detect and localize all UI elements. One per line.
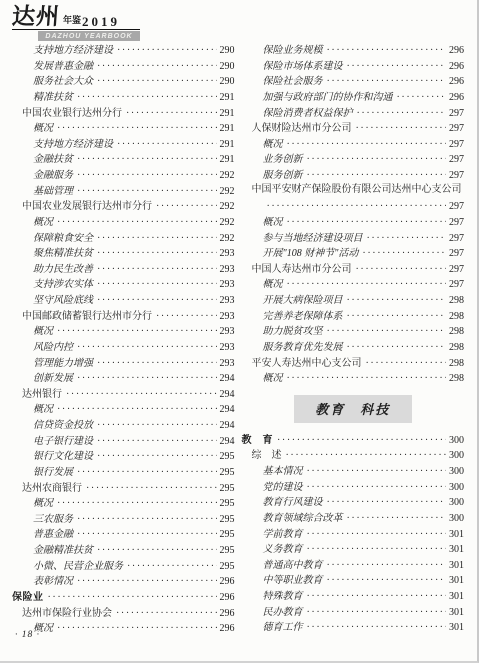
toc-entry: 达州银行294	[12, 385, 235, 401]
toc-entry: 发展普惠金融290	[12, 57, 235, 73]
toc-entry: 聚焦精准扶贫293	[12, 244, 235, 260]
toc-entry: 概况293	[12, 322, 235, 338]
toc-entry-label: 德育工作	[263, 620, 303, 636]
toc-entry: 党的建设300	[242, 478, 465, 494]
toc-entry: 银行文化建设295	[12, 447, 235, 463]
toc-entry-page: 301	[449, 573, 464, 589]
toc-entry-page: 291	[220, 152, 235, 168]
toc-column-left: 支持地方经济建设290发展普惠金融290服务社会大众290精准扶贫291中国农业…	[12, 41, 235, 635]
toc-entry-page: 295	[220, 465, 235, 481]
toc-entry-page: 296	[220, 606, 235, 622]
toc-entry: 精准扶贫291	[12, 88, 235, 104]
toc-entry-label: 学前教育	[263, 527, 303, 543]
toc-entry-page: 294	[220, 402, 235, 418]
toc-entry-label: 概况	[263, 137, 283, 153]
toc-entry-label: 业务创新	[263, 152, 303, 168]
toc-entry-page: 297	[449, 262, 464, 278]
toc-entry-page: 296	[449, 43, 464, 59]
toc-entry-label: 金融精准扶贫	[33, 543, 93, 559]
section-divider-label: 教育 科技	[315, 402, 390, 417]
toc-entry-label: 电子银行建设	[33, 434, 93, 450]
toc-entry: 信贷资金投放294	[12, 416, 235, 432]
toc-entry-page: 292	[220, 184, 235, 200]
toc-entry: 加强与政府部门的协作和沟通296	[242, 88, 465, 104]
toc-entry-label: 概况	[263, 371, 283, 387]
toc-entry: 支持地方经济建设291	[12, 135, 235, 151]
toc-entry: 风险内控293	[12, 338, 235, 354]
toc-entry-page: 295	[220, 527, 235, 543]
toc-entry-page: 290	[220, 43, 235, 59]
toc-entry-label: 概况	[263, 215, 283, 231]
yearbook-toc-page: 达州 年鉴 2019 DAZHOU YEARBOOK 支持地方经济建设290发展…	[0, 0, 479, 663]
page-number-footer: · 18 ·	[15, 630, 40, 640]
toc-entry: 助力脱贫攻坚298	[242, 322, 465, 338]
toc-entry-label: 三农服务	[33, 512, 73, 528]
logo-english-band: DAZHOU YEARBOOK	[38, 31, 140, 41]
toc-entry: 保险业296	[12, 588, 235, 604]
toc-entry: 支持地方经济建设290	[12, 41, 235, 57]
toc-entry-page: 295	[220, 449, 235, 465]
toc-entry: 德育工作301	[242, 618, 465, 634]
toc-entry: 参与当地经济建设项目297	[242, 229, 465, 245]
toc-entry-page: 298	[449, 309, 464, 325]
toc-entry-label: 保险消费者权益保护	[263, 106, 353, 122]
toc-entry-page: 294	[220, 371, 235, 387]
toc-entry-page: 301	[449, 527, 464, 543]
toc-entry-label: 助力脱贫攻坚	[263, 324, 323, 340]
toc-entry-page: 296	[220, 621, 235, 637]
toc-entry-label: 风险内控	[33, 340, 73, 356]
toc-entry-page: 294	[220, 434, 235, 450]
toc-entry: 金融扶贫291	[12, 150, 235, 166]
toc-entry-page: 298	[449, 371, 464, 387]
toc-entry-page: 298	[449, 293, 464, 309]
toc-entry-page: 300	[449, 495, 464, 511]
toc-entry: 普惠金融295	[12, 525, 235, 541]
toc-entry-page: 297	[449, 152, 464, 168]
toc-entry: 达州农商银行295	[12, 479, 235, 495]
toc-entry: 教 育300	[242, 431, 465, 447]
toc-entry: 保险市场体系建设296	[242, 57, 465, 73]
toc-entry: 教育行风建设300	[242, 493, 465, 509]
toc-entry-label: 概况	[33, 496, 53, 512]
toc-entry-page: 292	[220, 168, 235, 184]
toc-entry-label: 保险业	[12, 590, 44, 606]
logo-title-cn: 达州	[11, 6, 61, 28]
toc-entry-label: 保障粮食安全	[33, 231, 93, 247]
toc-entry: 平安人寿达州中心支公司298	[242, 354, 465, 370]
toc-entry: 基本情况300	[242, 462, 465, 478]
toc-entry: 概况295	[12, 494, 235, 510]
toc-entry: 业务创新297	[242, 150, 465, 166]
toc-entry-page: 296	[220, 590, 235, 606]
toc-entry-page: 291	[220, 137, 235, 153]
toc-entry: 金融服务292	[12, 166, 235, 182]
toc-entry-page: 300	[449, 433, 464, 449]
toc-entry-label: 教育行风建设	[263, 495, 323, 511]
toc-entry: 保险社会服务296	[242, 72, 465, 88]
toc-entry: 表彰情况296	[12, 572, 235, 588]
toc-entry-page: 292	[220, 231, 235, 247]
toc-entry: 中国邮政储蓄银行达州市分行293	[12, 307, 235, 323]
toc-entry: 创新发展294	[12, 369, 235, 385]
toc-entry: 概况292	[12, 213, 235, 229]
toc-entry-label: 金融服务	[33, 168, 73, 184]
toc-entry-label: 民办教育	[263, 605, 303, 621]
toc-entry-page: 293	[220, 293, 235, 309]
toc-entry-page: 297	[449, 137, 464, 153]
toc-entry-label: 开展大病保险项目	[263, 293, 343, 309]
toc-entry: 服务创新297	[242, 166, 465, 182]
toc-entry-label: 概况	[33, 324, 53, 340]
toc-entry-page: 296	[220, 574, 235, 590]
toc-entry-page: 297	[449, 106, 464, 122]
toc-entry: 概况297	[242, 213, 465, 229]
toc-entry-page: 295	[220, 559, 235, 575]
toc-entry: 学前教育301	[242, 525, 465, 541]
toc-entry-label: 精准扶贫	[33, 90, 73, 106]
toc-entry-label: 坚守风险底线	[33, 293, 93, 309]
toc-entry-label: 普通高中教育	[263, 558, 323, 574]
toc-entry-label: 发展普惠金融	[33, 59, 93, 75]
toc-entry: 开展大病保险项目298	[242, 291, 465, 307]
toc-entry-label: 服务教育优先发展	[263, 340, 343, 356]
toc-entry-page: 295	[220, 481, 235, 497]
toc-entry-page: 297	[449, 231, 464, 247]
toc-entry-page: 300	[449, 448, 464, 464]
toc-entry-label: 党的建设	[263, 480, 303, 496]
toc-entry-page: 293	[220, 277, 235, 293]
toc-entry-page: 291	[220, 106, 235, 122]
toc-entry-page: 291	[220, 90, 235, 106]
toc-entry-page: 301	[449, 605, 464, 621]
toc-entry-page: 294	[220, 387, 235, 403]
toc-entry-page: 297	[449, 199, 464, 215]
toc-entry-label: 银行发展	[33, 465, 73, 481]
toc-entry-page: 293	[220, 309, 235, 325]
toc-entry-page: 300	[449, 464, 464, 480]
toc-entry-page: 296	[449, 59, 464, 75]
toc-entry-page: 301	[449, 620, 464, 636]
toc-entry-label: 参与当地经济建设项目	[263, 231, 363, 247]
toc-entry-label: 概况	[33, 215, 53, 231]
toc-entry-label: 中国平安财产保险股份有限公司达州中心支公司	[252, 182, 462, 198]
toc-entry: 支持涉农实体293	[12, 275, 235, 291]
toc-entry-label: 基础管理	[33, 184, 73, 200]
toc-entry: 管理能力增强293	[12, 354, 235, 370]
toc-entry-page: 300	[449, 480, 464, 496]
toc-entry: 开展"108 财神节"活动297	[242, 244, 465, 260]
toc-entry-label: 综 述	[252, 448, 282, 464]
section-divider-box: 教育 科技	[294, 395, 412, 423]
toc-entry: 中国农业银行达州分行291	[12, 104, 235, 120]
toc-entry-page: 301	[449, 589, 464, 605]
toc-entry-page: 296	[449, 74, 464, 90]
toc-entry: 完善养老保障体系298	[242, 307, 465, 323]
toc-entry-page: 295	[220, 543, 235, 559]
toc-entry-label: 概况	[33, 121, 53, 137]
toc-entry-page: 298	[449, 340, 464, 356]
toc-entry: 概况297	[242, 135, 465, 151]
toc-entry-page: 295	[220, 496, 235, 512]
toc-entry: 中国平安财产保险股份有限公司达州中心支公司	[242, 182, 465, 198]
toc-entry: 概况296	[12, 619, 235, 635]
logo-subtitle: 年鉴	[63, 13, 81, 26]
toc-entry: 民办教育301	[242, 603, 465, 619]
toc-entry-page: 298	[449, 356, 464, 372]
toc-entry-page: 297	[449, 277, 464, 293]
toc-entry: 中国人寿达州市分公司297	[242, 260, 465, 276]
toc-entry-page: 293	[220, 356, 235, 372]
toc-entry: 三农服务295	[12, 510, 235, 526]
toc-entry: 概况294	[12, 400, 235, 416]
dot-leader	[57, 619, 217, 637]
toc-entry-label: 聚焦精准扶贫	[33, 246, 93, 262]
yearbook-logo: 达州 年鉴 2019 DAZHOU YEARBOOK	[12, 6, 162, 41]
toc-columns: 支持地方经济建设290发展普惠金融290服务社会大众290精准扶贫291中国农业…	[12, 41, 464, 635]
toc-entry-page: 296	[449, 90, 464, 106]
toc-entry: 服务社会大众290	[12, 72, 235, 88]
toc-entry: 普通高中教育301	[242, 556, 465, 572]
toc-entry: 概况297	[242, 275, 465, 291]
toc-entry-page: 294	[220, 418, 235, 434]
toc-entry-label: 开展"108 财神节"活动	[263, 246, 359, 262]
toc-entry: 297	[242, 197, 465, 213]
section-divider: 教育 科技	[242, 395, 465, 423]
toc-entry: 保障粮食安全292	[12, 229, 235, 245]
toc-entry-page: 293	[220, 262, 235, 278]
toc-entry: 概况291	[12, 119, 235, 135]
toc-entry: 助力民生改善293	[12, 260, 235, 276]
toc-entry-page: 293	[220, 324, 235, 340]
toc-entry: 义务教育301	[242, 540, 465, 556]
toc-entry-label: 保险社会服务	[263, 74, 323, 90]
toc-entry: 人保财险达州市分公司297	[242, 119, 465, 135]
toc-entry-label: 支持涉农实体	[33, 277, 93, 293]
toc-entry: 小微、民营企业服务295	[12, 557, 235, 573]
toc-entry-page: 292	[220, 199, 235, 215]
toc-entry-page: 295	[220, 512, 235, 528]
toc-entry-page: 290	[220, 74, 235, 90]
toc-entry-page: 290	[220, 59, 235, 75]
toc-entry-page: 293	[220, 246, 235, 262]
toc-entry-label: 保险业务规模	[263, 43, 323, 59]
toc-entry: 坚守风险底线293	[12, 291, 235, 307]
toc-entry: 基础管理292	[12, 182, 235, 198]
toc-entry-page: 297	[449, 215, 464, 231]
toc-entry-page: 297	[449, 246, 464, 262]
toc-entry-label: 达州银行	[22, 387, 62, 403]
toc-entry-label: 特殊教育	[263, 589, 303, 605]
dot-leader	[287, 369, 447, 387]
toc-column-right: 保险业务规模296保险市场体系建设296保险社会服务296加强与政府部门的协作和…	[242, 41, 465, 635]
toc-entry: 综 述300	[242, 446, 465, 462]
toc-entry: 中等职业教育301	[242, 571, 465, 587]
toc-entry-label: 基本情况	[263, 464, 303, 480]
toc-entry: 电子银行建设294	[12, 432, 235, 448]
logo-title-line: 达州 年鉴 2019	[12, 6, 140, 30]
toc-entry: 服务教育优先发展298	[242, 338, 465, 354]
toc-entry-label: 概况	[263, 277, 283, 293]
toc-entry-page: 291	[220, 121, 235, 137]
toc-entry-page: 300	[449, 511, 464, 527]
logo-year: 2019	[82, 15, 120, 28]
toc-entry: 特殊教育301	[242, 587, 465, 603]
toc-entry: 保险业务规模296	[242, 41, 465, 57]
toc-entry: 达州市保险行业协会296	[12, 604, 235, 620]
toc-entry-page: 301	[449, 558, 464, 574]
toc-entry-page: 293	[220, 340, 235, 356]
toc-entry-page: 301	[449, 542, 464, 558]
toc-entry: 金融精准扶贫295	[12, 541, 235, 557]
toc-entry-page: 297	[449, 121, 464, 137]
toc-entry-label: 义务教育	[263, 542, 303, 558]
toc-entry: 银行发展295	[12, 463, 235, 479]
toc-entry: 概况298	[242, 369, 465, 385]
logo-english-text: DAZHOU YEARBOOK	[45, 33, 132, 40]
toc-entry-page: 292	[220, 215, 235, 231]
toc-entry-page: 298	[449, 324, 464, 340]
toc-entry: 中国农业发展银行达州市分行292	[12, 197, 235, 213]
toc-entry-label: 教 育	[242, 433, 274, 449]
toc-entry-label: 助力民生改善	[33, 262, 93, 278]
toc-entry: 教育领域综合改革300	[242, 509, 465, 525]
toc-entry-label: 概况	[33, 402, 53, 418]
toc-entry-label: 金融扶贫	[33, 152, 73, 168]
dot-leader	[307, 618, 447, 636]
toc-entry: 保险消费者权益保护297	[242, 104, 465, 120]
toc-entry-label: 信贷资金投放	[33, 418, 93, 434]
toc-entry-label: 普惠金融	[33, 527, 73, 543]
